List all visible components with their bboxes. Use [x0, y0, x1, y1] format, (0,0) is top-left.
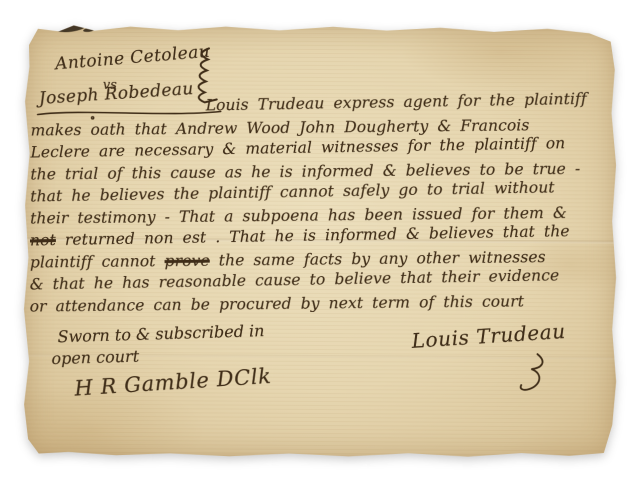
body-line-text: or attendance can be procured by next te… — [30, 292, 525, 315]
scanned-document-background: Antoine Cetoleau vs Joseph Robedeau Loui… — [0, 0, 640, 478]
deponent-signature: Louis Trudeau — [411, 319, 566, 353]
body-line-text: plaintiff cannot — [30, 252, 165, 271]
aged-paper-sheet: Antoine Cetoleau vs Joseph Robedeau Loui… — [21, 23, 619, 459]
attestation-line-1: Sworn to & subscribed in — [57, 321, 264, 346]
attestation-line-2: open court — [51, 347, 139, 369]
affidavit-body: Louis Trudeau express agent for the plai… — [30, 97, 619, 320]
clerk-signature: H R Gamble DClk — [74, 364, 272, 401]
signature-flourish — [507, 352, 551, 396]
body-line-text: Louis Trudeau express agent for the plai… — [206, 90, 587, 115]
struck-word: prove — [165, 252, 210, 270]
edge-tear-mark — [56, 22, 87, 34]
paper-sheet-wrapper: Antoine Cetoleau vs Joseph Robedeau Loui… — [21, 23, 619, 459]
edge-tear-mark-small — [83, 27, 95, 33]
struck-word: not — [30, 231, 56, 249]
